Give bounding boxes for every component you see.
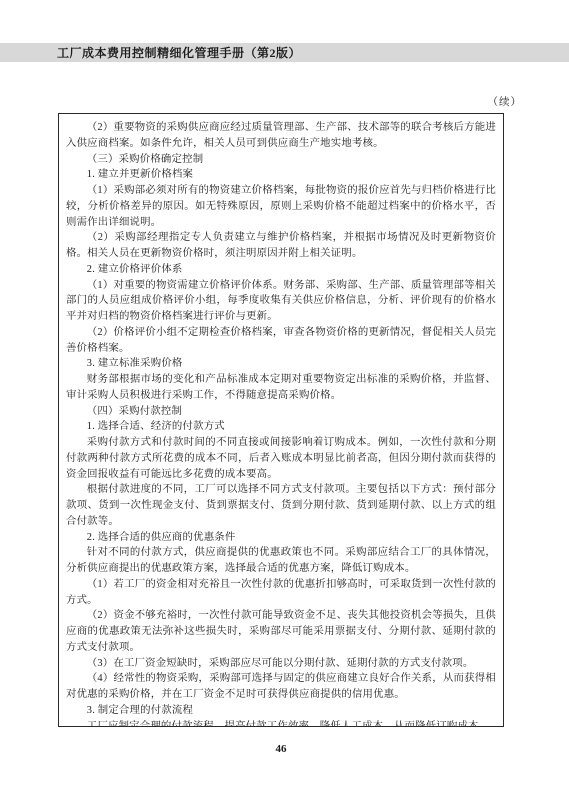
paragraph: （1）对重要的物资需建立价格评价体系。财务部、采购部、生产部、质量管理部等相关部… bbox=[66, 278, 496, 325]
paragraph: （3）在工厂资金短缺时，采购部应尽可能以分期付款、延期付款的方式支付款项。 bbox=[66, 656, 496, 672]
paragraph: （1）采购部必须对所有的物资建立价格档案，每批物资的报价应首先与归档价格进行比较… bbox=[66, 183, 496, 230]
paragraph: （1）若工厂的资金相对充裕且一次性付款的优惠折扣够高时，可采取货到一次性付款的方… bbox=[66, 577, 496, 609]
table-continued-label: （续） bbox=[488, 94, 523, 109]
paragraph: （2）重要物资的采购供应商应经过质量管理部、生产部、技术部等的联合考核后方能进入… bbox=[66, 120, 496, 152]
paragraph: （4）经常性的物资采购，采购部可选择与固定的供应商建立良好合作关系，从而获得相对… bbox=[66, 671, 496, 703]
table-content-box: （2）重要物资的采购供应商应经过质量管理部、生产部、技术部等的联合考核后方能进入… bbox=[58, 113, 504, 727]
paragraph: （2）价格评价小组不定期检查价格档案，审查各物资价格的更新情况，督促相关人员完善… bbox=[66, 325, 496, 357]
paragraph: 1. 建立并更新价格档案 bbox=[66, 167, 496, 183]
paragraph: 财务部根据市场的变化和产品标准成本定期对重要物资定出标准的采购价格，并监督、审计… bbox=[66, 372, 496, 404]
paragraph: 1. 选择合适、经济的付款方式 bbox=[66, 419, 496, 435]
paragraph: 2. 选择合适的供应商的优惠条件 bbox=[66, 530, 496, 546]
paragraph: 采购付款方式和付款时间的不同直接或间接影响着订购成本。例如，一次性付款和分期付款… bbox=[66, 435, 496, 482]
paragraph: 3. 建立标准采购价格 bbox=[66, 356, 496, 372]
book-title: 工厂成本费用控制精细化管理手册（第2版） bbox=[57, 44, 301, 61]
paragraph: 针对不同的付款方式，供应商提供的优惠政策也不同。采购部应结合工厂的具体情况，分析… bbox=[66, 545, 496, 577]
page-number: 46 bbox=[58, 743, 504, 755]
paragraph: （三）采购价格确定控制 bbox=[66, 152, 496, 168]
book-page: 工厂成本费用控制精细化管理手册（第2版） （续） （2）重要物资的采购供应商应经… bbox=[0, 0, 569, 800]
paragraph: （四）采购付款控制 bbox=[66, 404, 496, 420]
paragraph: 3. 制定合理的付款流程 bbox=[66, 703, 496, 719]
paragraph: 工厂应制定合理的付款流程，提高付款工作效率，降低人工成本，从而降低订购成本。 bbox=[66, 719, 496, 728]
paragraph: 2. 建立价格评价体系 bbox=[66, 262, 496, 278]
paragraph: 根据付款进度的不同，工厂可以选择不同方式支付款项。主要包括以下方式：预付部分款项… bbox=[66, 482, 496, 529]
running-header-bar: 工厂成本费用控制精细化管理手册（第2版） bbox=[0, 43, 569, 62]
paragraph: （2）资金不够充裕时，一次性付款可能导致资金不足、丧失其他投资机会等损失，且供应… bbox=[66, 608, 496, 655]
paragraph: （2）采购部经理指定专人负责建立与维护价格档案，并根据市场情况及时更新物资价格。… bbox=[66, 230, 496, 262]
